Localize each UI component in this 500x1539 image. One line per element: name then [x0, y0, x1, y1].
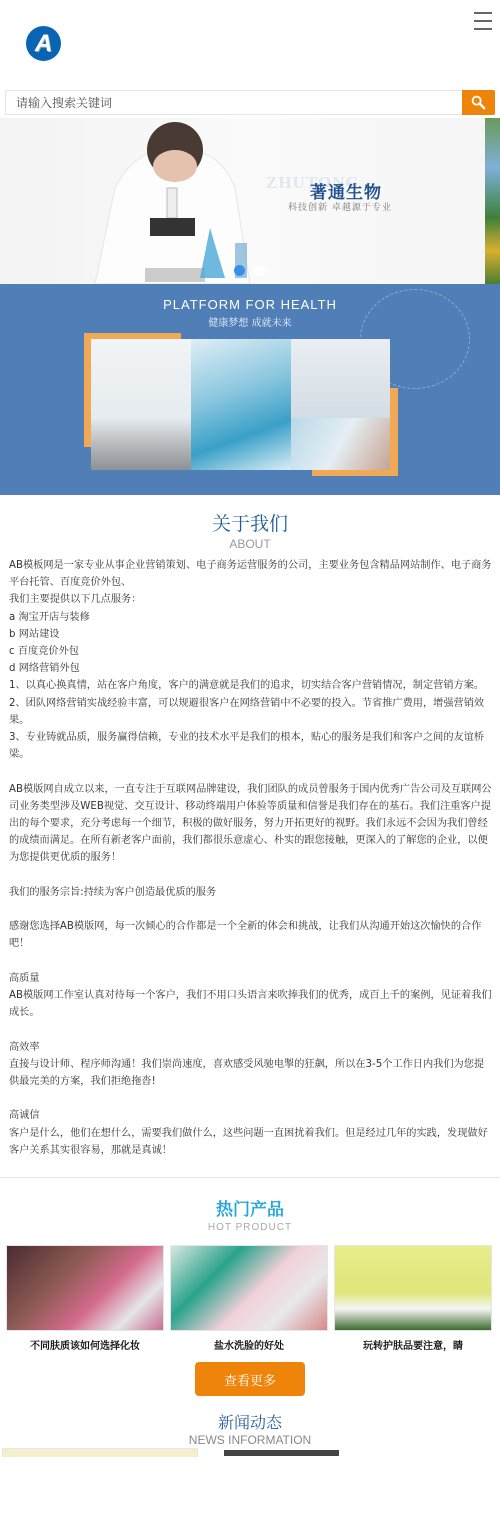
about-paragraph: AB模版网工作室认真对待每一个客户，我们不用口头语言来吹捧我们的优秀，成百上千的… — [9, 987, 492, 1021]
product-image[interactable] — [334, 1245, 492, 1331]
about-paragraph: 直接与设计师、程序师沟通！我们崇尚速度，喜欢感受风驰电掣的狂飙，所以在3-5个工… — [9, 1056, 492, 1090]
about-paragraph: 高质量 — [9, 970, 492, 987]
about-paragraph: 1、以真心换真情，站在客户角度，客户的满意就是我们的追求，切实结合客户营销情况，… — [9, 677, 492, 694]
search-bar — [5, 90, 495, 115]
product-list: 不同肤质该如何选择化妆 盐水洗脸的好处 玩转护肤品要注意，睛 — [0, 1245, 500, 1352]
slider-pagination — [234, 265, 265, 276]
about-paragraph: AB模版网自成立以来，一直专注于互联网品牌建设，我们团队的成员曾服务于国内优秀广… — [9, 781, 492, 867]
about-paragraph: b 网站建设 — [9, 626, 492, 643]
section-divider — [0, 1177, 500, 1178]
about-paragraph — [9, 953, 492, 970]
flask-photo — [191, 339, 291, 470]
about-paragraph: 2、团队网络营销实战经验丰富，可以规避很客户在网络营销中不必要的投入。节省推广费… — [9, 695, 492, 729]
news-subtitle: NEWS INFORMATION — [0, 1433, 500, 1447]
product-caption[interactable]: 玩转护肤品要注意，睛 — [334, 1337, 492, 1352]
about-paragraph: d 网络营销外包 — [9, 660, 492, 677]
product-card[interactable]: 玩转护肤品要注意，睛 — [334, 1245, 492, 1352]
slider-dot-2[interactable] — [254, 265, 265, 276]
product-card[interactable]: 盐水洗脸的好处 — [170, 1245, 328, 1352]
hot-products-section: 热门产品 HOT PRODUCT 不同肤质该如何选择化妆 盐水洗脸的好处 玩转护… — [0, 1195, 500, 1396]
product-caption[interactable]: 不同肤质该如何选择化妆 — [6, 1337, 164, 1352]
platform-subtitle: 健康梦想 成就未来 — [0, 314, 500, 329]
about-paragraph: c 百度竞价外包 — [9, 643, 492, 660]
search-button[interactable] — [462, 90, 495, 115]
about-paragraph: 高效率 — [9, 1039, 492, 1056]
search-input[interactable] — [5, 90, 462, 115]
lab-researchers-photo — [291, 339, 390, 418]
hamburger-menu-icon[interactable] — [474, 12, 492, 30]
about-body: AB模板网是一家专业从事企业营销策划、电子商务运营服务的公司，主要业务包含精品网… — [0, 551, 500, 1159]
view-more-button[interactable]: 查看更多 — [195, 1362, 305, 1396]
about-paragraph: 客户是什么，他们在想什么，需要我们做什么，这些问题一直困扰着我们。但是经过几年的… — [9, 1125, 492, 1159]
about-paragraph — [9, 763, 492, 780]
about-paragraph: 高诚信 — [9, 1107, 492, 1124]
scientist-sample-photo — [291, 418, 390, 470]
news-item-preview[interactable] — [0, 1447, 500, 1457]
about-paragraph: AB模板网是一家专业从事企业营销策划、电子商务运营服务的公司，主要业务包含精品网… — [9, 557, 492, 591]
product-card[interactable]: 不同肤质该如何选择化妆 — [6, 1245, 164, 1352]
about-title: 关于我们 — [0, 509, 500, 536]
slider-dot-1[interactable] — [234, 265, 245, 276]
about-paragraph — [9, 1090, 492, 1107]
hero-slider[interactable]: ZHUTONG 著通生物 科技创新 卓越源于专业 — [0, 118, 500, 284]
news-section: 新闻动态 NEWS INFORMATION — [0, 1410, 500, 1457]
search-icon — [471, 95, 486, 110]
about-paragraph: 我们主要提供以下几点服务： — [9, 591, 492, 608]
about-paragraph: 3、专业铸就品质，服务赢得信赖，专业的技术水平是我们的根本，贴心的服务是我们和客… — [9, 729, 492, 763]
news-headline[interactable] — [224, 1450, 339, 1456]
news-image[interactable] — [2, 1448, 198, 1457]
hot-products-subtitle: HOT PRODUCT — [0, 1222, 500, 1233]
logo[interactable]: A — [26, 26, 61, 61]
about-section: 关于我们 ABOUT AB模板网是一家专业从事企业营销策划、电子商务运营服务的公… — [0, 509, 500, 1159]
about-subtitle: ABOUT — [0, 537, 500, 551]
about-paragraph — [9, 901, 492, 918]
hot-products-title: 热门产品 — [0, 1195, 500, 1220]
logo-letter: A — [35, 30, 52, 58]
product-image[interactable] — [6, 1245, 164, 1331]
doctor-photo — [91, 339, 191, 470]
about-paragraph: a 淘宝开店与装修 — [9, 609, 492, 626]
platform-title: PLATFORM FOR HEALTH — [0, 297, 500, 312]
scientist-image — [75, 118, 275, 284]
product-caption[interactable]: 盐水洗脸的好处 — [170, 1337, 328, 1352]
brand-slogan: 科技创新 卓越源于专业 — [288, 200, 392, 213]
platform-banner: PLATFORM FOR HEALTH 健康梦想 成就未来 — [0, 284, 500, 495]
next-slide-preview — [485, 118, 500, 284]
about-paragraph — [9, 867, 492, 884]
news-title: 新闻动态 — [0, 1410, 500, 1433]
about-paragraph: 感谢您选择AB模版网，每一次倾心的合作都是一个全新的体会和挑战，让我们从沟通开始… — [9, 918, 492, 952]
header: A — [0, 0, 500, 90]
about-paragraph: 我们的服务宗旨:持续为客户创造最优质的服务 — [9, 884, 492, 901]
product-image[interactable] — [170, 1245, 328, 1331]
about-paragraph — [9, 1021, 492, 1038]
